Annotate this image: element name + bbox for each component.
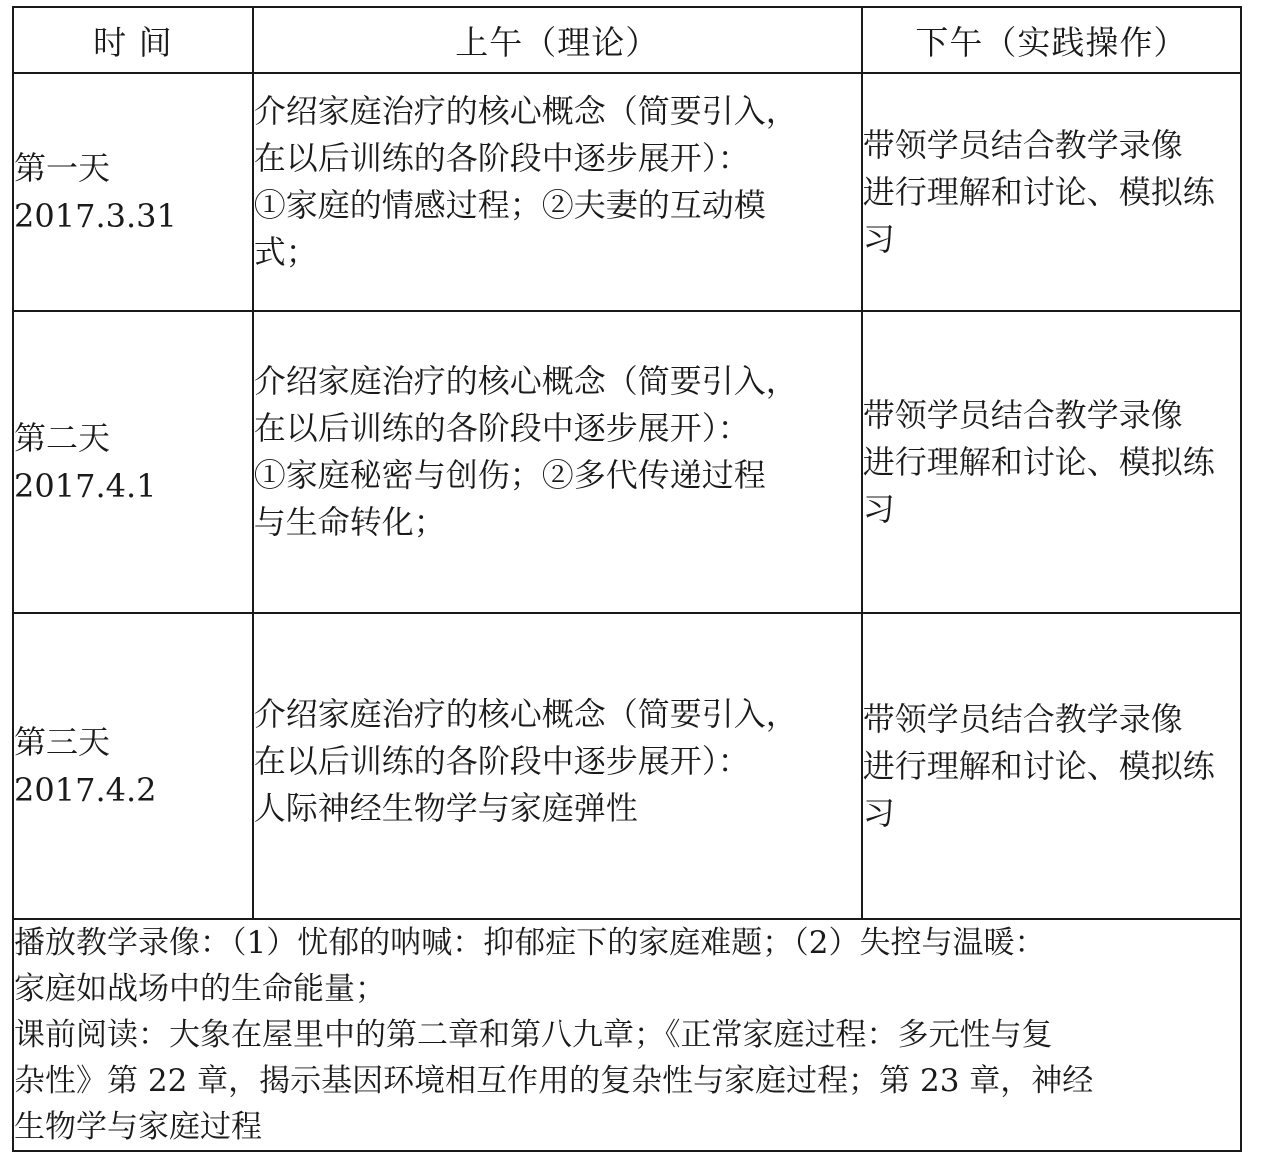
morning-cell: 介绍家庭治疗的核心概念（简要引入， 在以后训练的各阶段中逐步展开）： ①家庭的情… — [253, 73, 862, 311]
afternoon-line: 习 — [863, 790, 1240, 837]
afternoon-line: 习 — [863, 216, 1240, 263]
afternoon-cell: 带领学员结合教学录像 进行理解和讨论、模拟练 习 — [862, 613, 1241, 919]
afternoon-line: 带领学员结合教学录像 — [863, 696, 1240, 743]
notes-line: 家庭如战场中的生命能量； — [14, 966, 1240, 1012]
morning-line: 在以后训练的各阶段中逐步展开）： — [254, 738, 861, 785]
table-row: 第一天 2017.3.31 介绍家庭治疗的核心概念（简要引入， 在以后训练的各阶… — [13, 73, 1241, 311]
afternoon-line: 习 — [863, 486, 1240, 533]
morning-cell: 介绍家庭治疗的核心概念（简要引入， 在以后训练的各阶段中逐步展开）： ①家庭秘密… — [253, 311, 862, 613]
afternoon-line: 带领学员结合教学录像 — [863, 122, 1240, 169]
morning-line: ①家庭的情感过程；②夫妻的互动模 — [254, 182, 861, 229]
morning-line: 式； — [254, 229, 861, 276]
notes-line: 课前阅读：大象在屋里中的第二章和第八九章；《正常家庭过程：多元性与复 — [14, 1012, 1240, 1058]
morning-line: 介绍家庭治疗的核心概念（简要引入， — [254, 358, 861, 405]
afternoon-cell: 带领学员结合教学录像 进行理解和讨论、模拟练 习 — [862, 73, 1241, 311]
morning-line: 在以后训练的各阶段中逐步展开）： — [254, 405, 861, 452]
morning-line: ①家庭秘密与创伤；②多代传递过程 — [254, 452, 861, 499]
table-row: 第三天 2017.4.2 介绍家庭治疗的核心概念（简要引入， 在以后训练的各阶段… — [13, 613, 1241, 919]
morning-line: 介绍家庭治疗的核心概念（简要引入， — [254, 88, 861, 135]
date-label: 2017.4.1 — [14, 462, 252, 510]
afternoon-line: 进行理解和讨论、模拟练 — [863, 743, 1240, 790]
afternoon-line: 进行理解和讨论、模拟练 — [863, 439, 1240, 486]
header-time: 时 间 — [13, 7, 253, 73]
notes-row: 播放教学录像：（1）忧郁的呐喊：抑郁症下的家庭难题；（2）失控与温暖： 家庭如战… — [13, 919, 1241, 1151]
afternoon-line: 带领学员结合教学录像 — [863, 392, 1240, 439]
header-morning: 上午（理论） — [253, 7, 862, 73]
time-cell: 第一天 2017.3.31 — [13, 73, 253, 311]
morning-line: 人际神经生物学与家庭弹性 — [254, 785, 861, 832]
notes-line: 生物学与家庭过程 — [14, 1104, 1240, 1150]
notes-line: 杂性》第 22 章，揭示基因环境相互作用的复杂性与家庭过程；第 23 章，神经 — [14, 1058, 1240, 1104]
morning-cell: 介绍家庭治疗的核心概念（简要引入， 在以后训练的各阶段中逐步展开）： 人际神经生… — [253, 613, 862, 919]
day-label: 第三天 — [14, 718, 252, 766]
morning-line: 介绍家庭治疗的核心概念（简要引入， — [254, 691, 861, 738]
time-cell: 第二天 2017.4.1 — [13, 311, 253, 613]
notes-line: 播放教学录像：（1）忧郁的呐喊：抑郁症下的家庭难题；（2）失控与温暖： — [14, 920, 1240, 966]
morning-line: 在以后训练的各阶段中逐步展开）： — [254, 135, 861, 182]
day-label: 第一天 — [14, 144, 252, 192]
schedule-table: 时 间 上午（理论） 下午（实践操作） 第一天 2017.3.31 介绍家庭治疗… — [12, 6, 1242, 1152]
header-afternoon: 下午（实践操作） — [862, 7, 1241, 73]
day-label: 第二天 — [14, 414, 252, 462]
notes-cell: 播放教学录像：（1）忧郁的呐喊：抑郁症下的家庭难题；（2）失控与温暖： 家庭如战… — [13, 919, 1241, 1151]
afternoon-line: 进行理解和讨论、模拟练 — [863, 169, 1240, 216]
morning-line: 与生命转化； — [254, 499, 861, 546]
header-row: 时 间 上午（理论） 下午（实践操作） — [13, 7, 1241, 73]
table-row: 第二天 2017.4.1 介绍家庭治疗的核心概念（简要引入， 在以后训练的各阶段… — [13, 311, 1241, 613]
afternoon-cell: 带领学员结合教学录像 进行理解和讨论、模拟练 习 — [862, 311, 1241, 613]
date-label: 2017.3.31 — [14, 192, 252, 240]
date-label: 2017.4.2 — [14, 766, 252, 814]
time-cell: 第三天 2017.4.2 — [13, 613, 253, 919]
